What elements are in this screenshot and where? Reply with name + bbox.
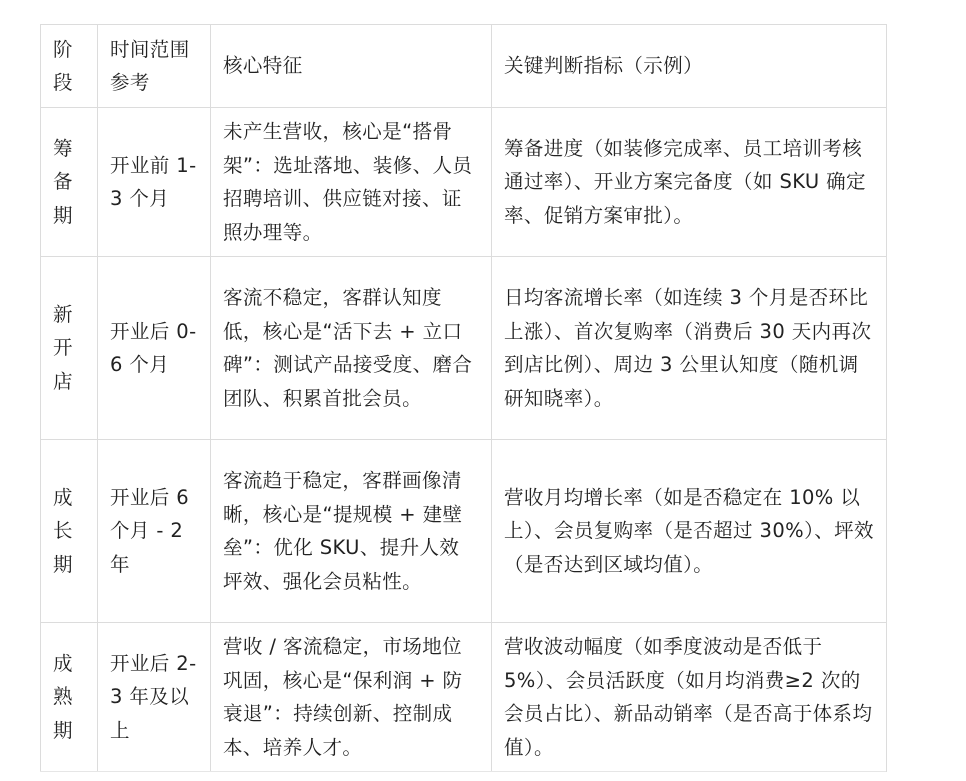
header-time-range: 时间范围参考	[98, 25, 211, 108]
cell-stage: 新开店	[41, 257, 98, 440]
cell-time-range: 开业前 1-3 个月	[98, 108, 211, 257]
cell-core-features: 客流趋于稳定，客群画像清晰，核心是“提规模 + 建壁垒”：优化 SKU、提升人效…	[211, 440, 492, 623]
cell-core-features: 营收 / 客流稳定，市场地位巩固，核心是“保利润 + 防衰退”：持续创新、控制成…	[211, 623, 492, 772]
cell-time-range: 开业后 2-3 年及以上	[98, 623, 211, 772]
header-core-features: 核心特征	[211, 25, 492, 108]
cell-core-features: 客流不稳定，客群认知度低，核心是“活下去 + 立口碑”：测试产品接受度、磨合团队…	[211, 257, 492, 440]
stage-table-container: 阶段 时间范围参考 核心特征 关键判断指标（示例） 筹备期 开业前 1-3 个月…	[40, 24, 886, 772]
cell-stage: 成熟期	[41, 623, 98, 772]
table-header-row: 阶段 时间范围参考 核心特征 关键判断指标（示例）	[41, 25, 887, 108]
table-row: 成熟期 开业后 2-3 年及以上 营收 / 客流稳定，市场地位巩固，核心是“保利…	[41, 623, 887, 772]
cell-core-features: 未产生营收，核心是“搭骨架”：选址落地、装修、人员招聘培训、供应链对接、证照办理…	[211, 108, 492, 257]
cell-key-indicators: 营收月均增长率（如是否稳定在 10% 以上）、会员复购率（是否超过 30%）、坪…	[492, 440, 887, 623]
cell-key-indicators: 日均客流增长率（如连续 3 个月是否环比上涨）、首次复购率（消费后 30 天内再…	[492, 257, 887, 440]
cell-time-range: 开业后 6 个月 - 2 年	[98, 440, 211, 623]
bottom-divider	[40, 771, 886, 772]
cell-stage: 成长期	[41, 440, 98, 623]
cell-key-indicators: 筹备进度（如装修完成率、员工培训考核通过率）、开业方案完备度（如 SKU 确定率…	[492, 108, 887, 257]
store-lifecycle-table: 阶段 时间范围参考 核心特征 关键判断指标（示例） 筹备期 开业前 1-3 个月…	[40, 24, 887, 772]
header-stage: 阶段	[41, 25, 98, 108]
cell-key-indicators: 营收波动幅度（如季度波动是否低于 5%）、会员活跃度（如月均消费≥2 次的会员占…	[492, 623, 887, 772]
table-row: 筹备期 开业前 1-3 个月 未产生营收，核心是“搭骨架”：选址落地、装修、人员…	[41, 108, 887, 257]
header-key-indicators: 关键判断指标（示例）	[492, 25, 887, 108]
cell-time-range: 开业后 0-6 个月	[98, 257, 211, 440]
cell-stage: 筹备期	[41, 108, 98, 257]
table-row: 成长期 开业后 6 个月 - 2 年 客流趋于稳定，客群画像清晰，核心是“提规模…	[41, 440, 887, 623]
table-row: 新开店 开业后 0-6 个月 客流不稳定，客群认知度低，核心是“活下去 + 立口…	[41, 257, 887, 440]
